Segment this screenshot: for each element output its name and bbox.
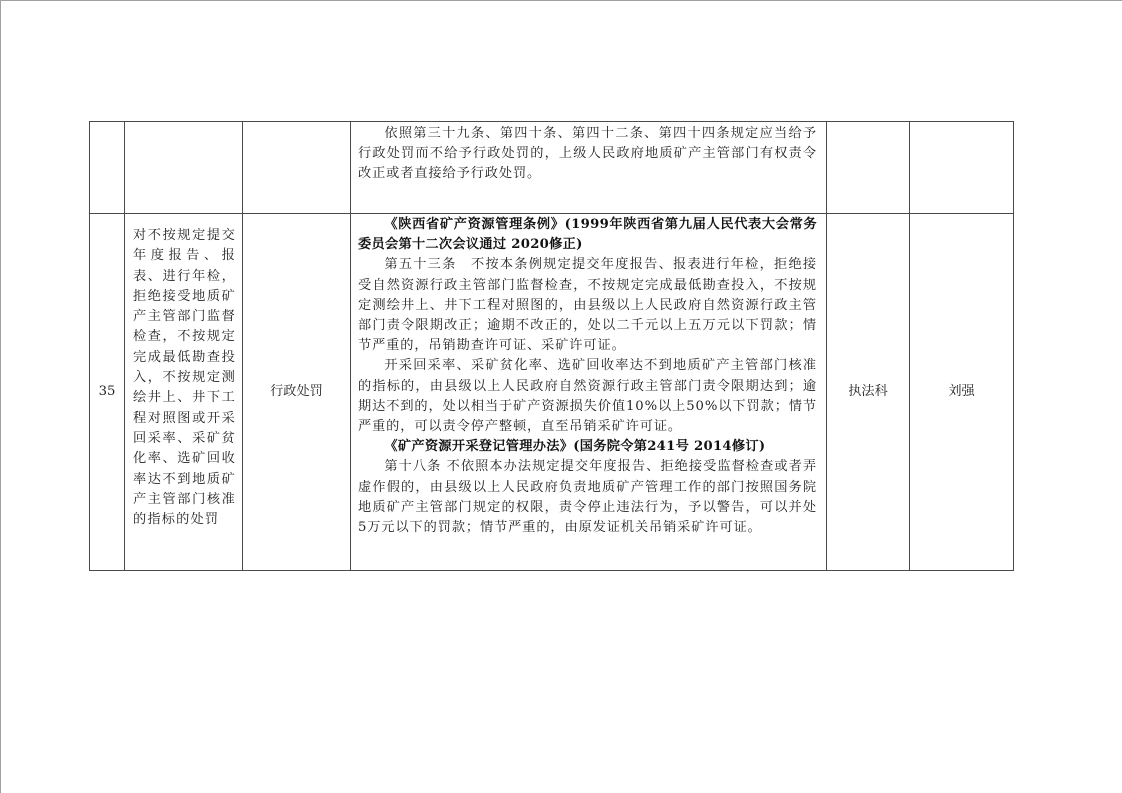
row-number-cell: 35 (90, 214, 125, 571)
legal-basis-paragraph: 开采回采率、采矿贫化率、选矿回收率达不到地质矿产主管部门核准的指标的，由县级以上… (358, 356, 817, 437)
action-type-cell (243, 122, 351, 214)
responsible-person-cell: 刘强 (910, 214, 1014, 571)
item-name-text: 对不按规定提交年度报告、报表、进行年检，拒绝接受地质矿产主管部门监督检查，不按规… (125, 214, 242, 530)
table-row: 35 对不按规定提交年度报告、报表、进行年检，拒绝接受地质矿产主管部门监督检查，… (90, 214, 1014, 571)
table-row: 依照第三十九条、第四十条、第四十二条、第四十四条规定应当给予行政处罚而不给予行政… (90, 122, 1014, 214)
legal-basis-paragraph: 第十八条 不依照本办法规定提交年度报告、拒绝接受监督检查或者弄虚作假的，由县级以… (358, 457, 817, 538)
item-name-cell (125, 122, 243, 214)
action-type-cell: 行政处罚 (243, 214, 351, 571)
legal-basis-paragraph: 第五十三条 不按本条例规定提交年度报告、报表进行年检，拒绝接受自然资源行政主管部… (358, 255, 817, 356)
legal-basis-cell: 《陕西省矿产资源管理条例》(1999年陕西省第九届人民代表大会常务委员会第十二次… (351, 214, 827, 571)
item-name-cell: 对不按规定提交年度报告、报表、进行年检，拒绝接受地质矿产主管部门监督检查，不按规… (125, 214, 243, 571)
law-title: 《陕西省矿产资源管理条例》(1999年陕西省第九届人民代表大会常务委员会第十二次… (358, 215, 817, 255)
legal-basis-paragraph: 依照第三十九条、第四十条、第四十二条、第四十四条规定应当给予行政处罚而不给予行政… (358, 124, 817, 185)
department-cell (827, 122, 910, 214)
law-title: 《矿产资源开采登记管理办法》(国务院令第241号 2014修订) (358, 437, 817, 457)
department-cell: 执法科 (827, 214, 910, 571)
legal-basis-cell: 依照第三十九条、第四十条、第四十二条、第四十四条规定应当给予行政处罚而不给予行政… (351, 122, 827, 214)
row-number-cell (90, 122, 125, 214)
enforcement-table: 依照第三十九条、第四十条、第四十二条、第四十四条规定应当给予行政处罚而不给予行政… (89, 121, 1014, 571)
responsible-person-cell (910, 122, 1014, 214)
